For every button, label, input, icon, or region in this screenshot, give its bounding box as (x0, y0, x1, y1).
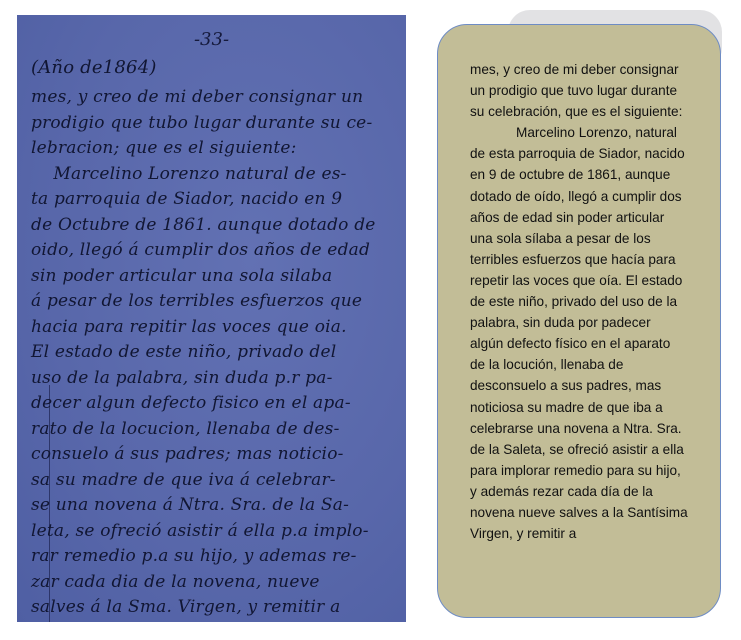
transcription-text: mes, y creo de mi deber consignarun prod… (470, 59, 712, 544)
transcription-line: celebrarse una novena a Ntra. Sra. (470, 418, 712, 439)
manuscript-line: se una novena á Ntra. Sra. de la Sa- (31, 493, 400, 519)
manuscript-line: salves á la Sma. Virgen, y remitir a (31, 595, 400, 621)
transcription-line: palabra, sin duda por padecer (470, 312, 712, 333)
manuscript-line: mes, y creo de mi deber consignar un (31, 85, 400, 111)
transcription-line: Virgen, y remitir a (470, 523, 712, 544)
manuscript-line: zar cada dia de la novena, nueve (31, 570, 400, 596)
manuscript-year-note: (Año de1864) (31, 55, 400, 85)
transcription-line: repetir las voces que oía. El estado (470, 270, 712, 291)
transcription-line: de esta parroquia de Siador, nacido (470, 143, 712, 164)
transcription-line: de la locución, llenaba de (470, 354, 712, 375)
manuscript-line: consuelo á sus padres; mas noticio- (31, 442, 400, 468)
manuscript-line: uso de la palabra, sin duda p.r pa- (31, 366, 400, 392)
manuscript-line: ta parroquia de Siador, nacido en 9 (31, 187, 400, 213)
transcription-line: terribles esfuerzos que hacía para (470, 249, 712, 270)
transcription-line: para implorar remedio para su hijo, (470, 460, 712, 481)
transcription-line: Marcelino Lorenzo, natural (470, 122, 712, 143)
manuscript-line: rar remedio p.a su hijo, y ademas re- (31, 544, 400, 570)
transcription-line: su celebración, que es el siguiente: (470, 101, 712, 122)
transcription-line: de la Saleta, se ofreció asistir a ella (470, 439, 712, 460)
transcription-line: años de edad sin poder articular (470, 207, 712, 228)
transcription-line: mes, y creo de mi deber consignar (470, 59, 712, 80)
manuscript-line: prodigio que tubo lugar durante su ce- (31, 111, 400, 137)
manuscript-line: hacia para repitir las voces que oia. (31, 315, 400, 341)
transcription-line: noticiosa su madre de que iba a (470, 397, 712, 418)
manuscript-line: lebracion; que es el siguiente: (31, 136, 400, 162)
transcription-line: de este niño, privado del uso de la (470, 291, 712, 312)
transcription-line: y además rezar cada día de la (470, 481, 712, 502)
manuscript-line: sin poder articular una sola silaba (31, 264, 400, 290)
manuscript-line: de Octubre de 1861. aunque dotado de (31, 213, 400, 239)
transcription-line: un prodigio que tuvo lugar durante (470, 80, 712, 101)
manuscript-line: El estado de este niño, privado del (31, 340, 400, 366)
manuscript-line: oido, llegó á cumplir dos años de edad (31, 238, 400, 264)
manuscript-page-number: -33- (17, 29, 406, 50)
transcription-box: mes, y creo de mi deber consignarun prod… (437, 24, 721, 618)
transcription-line: novena nueve salves a la Santísima (470, 502, 712, 523)
manuscript-text: (Año de1864) mes, y creo de mi deber con… (31, 55, 400, 621)
transcription-line: una sola sílaba a pesar de los (470, 228, 712, 249)
transcription-line: dotado de oído, llegó a cumplir dos (470, 186, 712, 207)
manuscript-line: sa su madre de que iva á celebrar- (31, 468, 400, 494)
manuscript-line: rato de la locucion, llenaba de des- (31, 417, 400, 443)
manuscript-line: á pesar de los terribles esfuerzos que (31, 289, 400, 315)
transcription-line: en 9 de octubre de 1861, aunque (470, 164, 712, 185)
manuscript-line: Marcelino Lorenzo natural de es- (31, 162, 400, 188)
transcription-line: algún defecto físico en el aparato (470, 333, 712, 354)
transcription-line: desconsuelo a sus padres, mas (470, 375, 712, 396)
manuscript-line: decer algun defecto fisico en el apa- (31, 391, 400, 417)
manuscript-image: -33- (Año de1864) mes, y creo de mi debe… (17, 15, 406, 622)
manuscript-line: leta, se ofreció asistir á ella p.a impl… (31, 519, 400, 545)
